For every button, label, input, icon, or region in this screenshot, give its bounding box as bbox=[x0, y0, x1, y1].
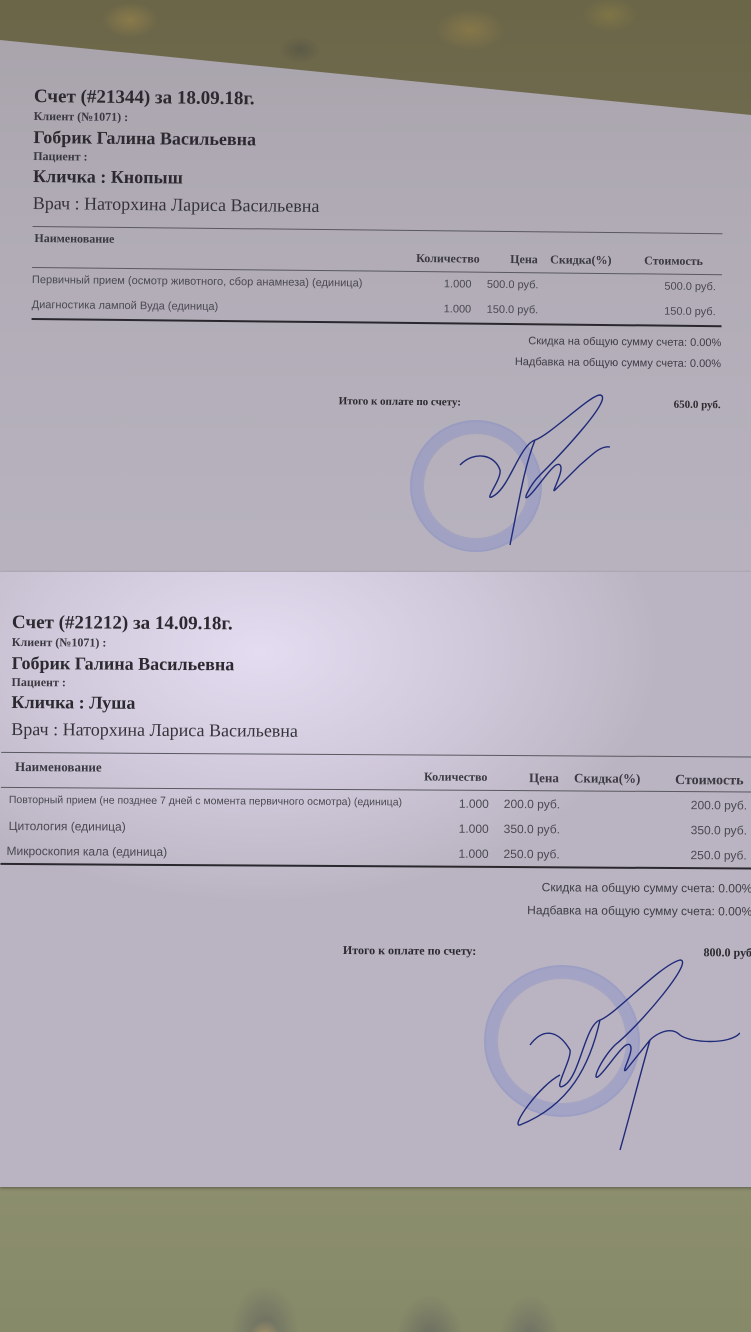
summary: Скидка на общую сумму счета: 0.00% Надба… bbox=[10, 873, 751, 924]
doctor-name: Врач : Наторхина Лариса Васильевна bbox=[11, 716, 751, 747]
table-row: Микроскопия кала (единица) 1.000 250.0 р… bbox=[0, 838, 751, 868]
summary: Скидка на общую сумму счета: 0.00% Надба… bbox=[31, 326, 721, 375]
signature-icon bbox=[440, 385, 640, 555]
row-quantity: 1.000 bbox=[444, 303, 472, 315]
row-quantity: 1.000 bbox=[459, 822, 489, 836]
row-price: 500.0 руб. bbox=[487, 279, 539, 292]
row-cost: 500.0 руб. bbox=[664, 281, 716, 294]
column-name: Наименование bbox=[15, 759, 102, 776]
row-cost: 200.0 руб. bbox=[691, 798, 747, 812]
markup-total: Надбавка на общую сумму счета: 0.00% bbox=[10, 896, 751, 924]
invoice-2: Счет (#21212) за 14.09.18г. Клиент (№107… bbox=[10, 612, 751, 968]
services-table: Наименование Количество Цена Скидка(%) С… bbox=[0, 752, 751, 870]
row-name: Первичный прием (осмотр животного, сбор … bbox=[32, 274, 363, 289]
table-header: Наименование Количество Цена Скидка(%) С… bbox=[1, 753, 751, 793]
table-header: Наименование Количество Цена Скидка(%) С… bbox=[32, 227, 722, 275]
row-quantity: 1.000 bbox=[459, 797, 489, 811]
invoice-1: Счет (#21344) за 18.09.18г. Клиент (№107… bbox=[31, 86, 724, 421]
client-name: Гобрик Галина Васильевна bbox=[12, 652, 751, 679]
client-label: Клиент (№1071) : bbox=[12, 634, 751, 655]
row-price: 200.0 руб. bbox=[504, 797, 560, 811]
column-discount: Скидка(%) bbox=[574, 770, 641, 786]
column-price: Цена bbox=[510, 252, 538, 267]
row-name: Цитология (единица) bbox=[9, 819, 126, 834]
column-cost: Стоимость bbox=[675, 773, 744, 789]
row-price: 350.0 руб. bbox=[504, 822, 560, 836]
row-quantity: 1.000 bbox=[458, 847, 488, 861]
doctor-name: Врач : Наторхина Лариса Васильевна bbox=[33, 190, 723, 223]
column-discount: Скидка(%) bbox=[550, 252, 611, 268]
row-cost: 250.0 руб. bbox=[690, 848, 746, 862]
row-cost: 350.0 руб. bbox=[691, 823, 747, 837]
row-name: Диагностика лампой Вуда (единица) bbox=[32, 299, 219, 313]
row-cost: 150.0 руб. bbox=[664, 306, 716, 319]
column-quantity: Количество bbox=[416, 251, 480, 267]
row-price: 150.0 руб. bbox=[487, 304, 539, 317]
row-price: 250.0 руб. bbox=[503, 847, 559, 861]
column-cost: Стоимость bbox=[644, 253, 703, 269]
total-label: Итого к оплате по счету: bbox=[343, 943, 476, 959]
column-name: Наименование bbox=[34, 231, 114, 247]
total-value: 650.0 руб. bbox=[674, 399, 721, 411]
column-quantity: Количество bbox=[424, 770, 488, 785]
row-quantity: 1.000 bbox=[444, 278, 472, 290]
background-fabric-bottom bbox=[0, 1180, 751, 1332]
services-table: Наименование Количество Цена Скидка(%) С… bbox=[32, 226, 723, 327]
row-name: Повторный прием (не позднее 7 дней с мом… bbox=[9, 794, 402, 808]
signature-icon bbox=[500, 955, 740, 1155]
pet-name: Кличка : Луша bbox=[11, 690, 751, 719]
row-name: Микроскопия кала (единица) bbox=[6, 844, 167, 859]
column-price: Цена bbox=[529, 770, 559, 786]
invoice-title: Счет (#21212) за 14.09.18г. bbox=[12, 612, 751, 639]
